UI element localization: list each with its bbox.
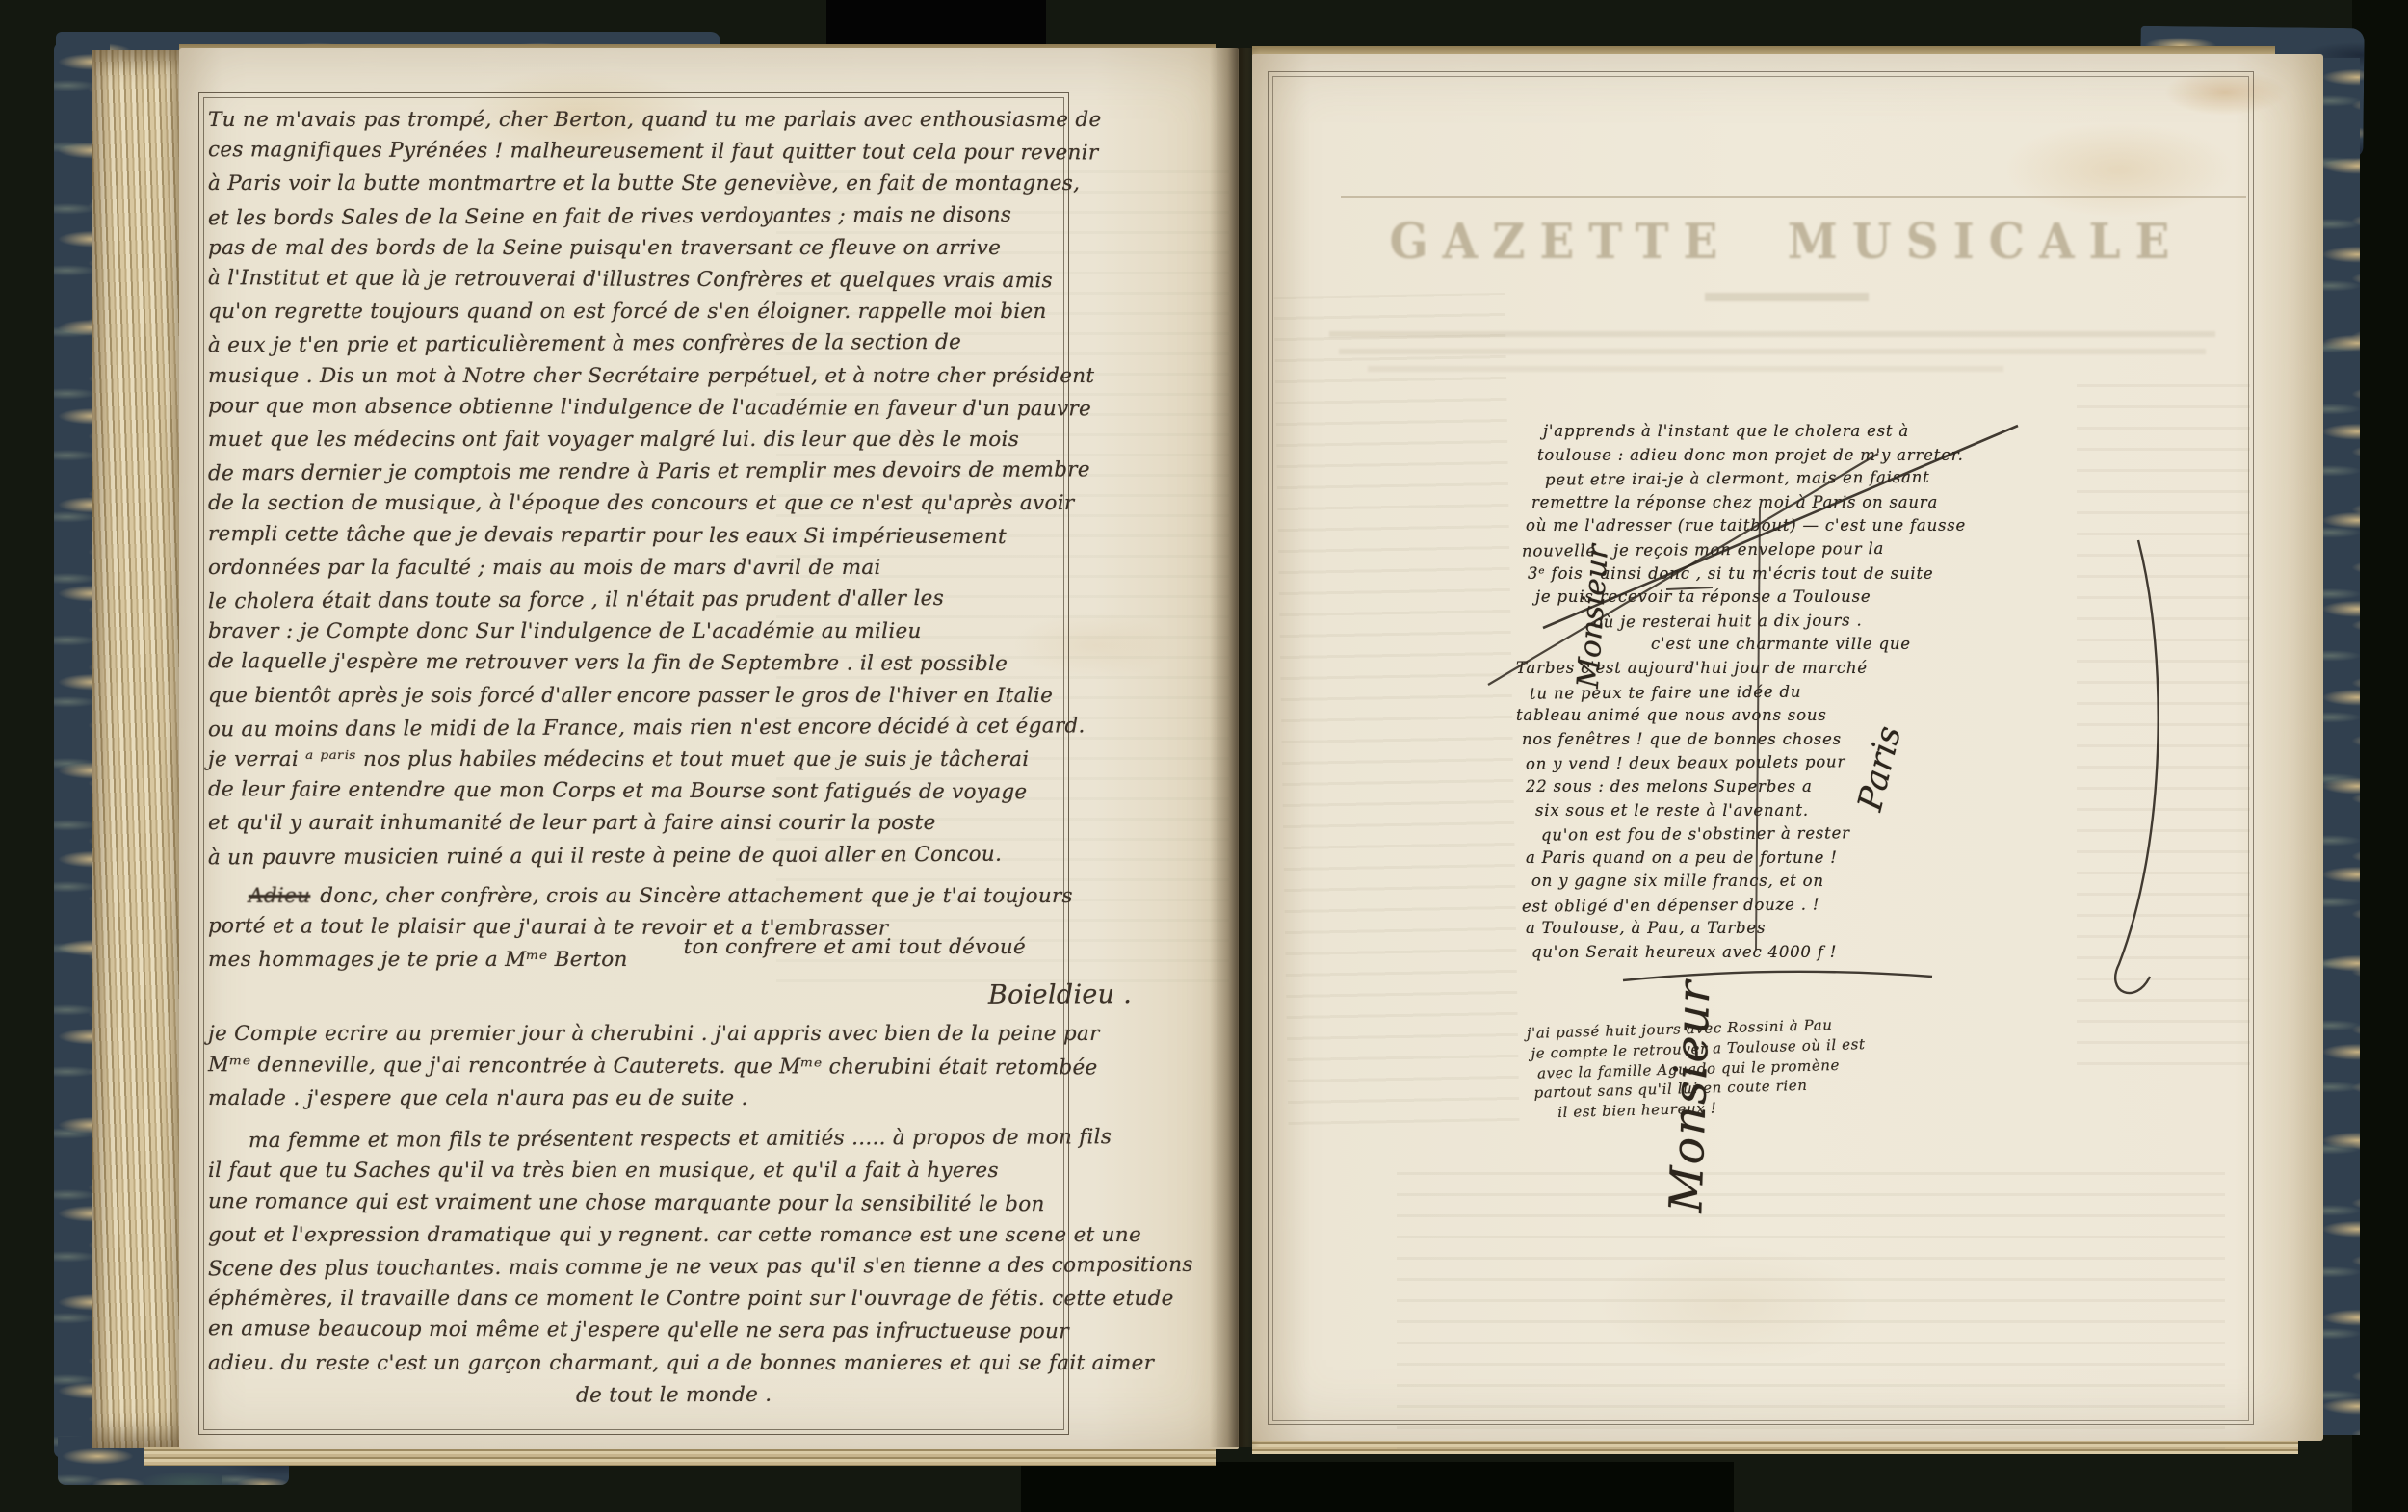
manuscript-line: ces magnifiques Pyrénées ! malheureuseme…: [208, 134, 1229, 169]
left-page-bottom-edge: [144, 1447, 1216, 1466]
manuscript-line: de mars dernier je comptois me rendre à …: [208, 454, 1229, 490]
manuscript-line: pour que mon absence obtienne l'indulgen…: [208, 390, 1229, 426]
manuscript-line: ou au moins dans le midi de la France, m…: [208, 710, 1229, 746]
manuscript-line: de tout le monde .: [208, 1376, 1229, 1413]
left-page-manuscript-text: Tu ne m'avais pas trompé, cher Berton, q…: [208, 104, 1229, 1411]
manuscript-line: muet que les médecins ont fait voyager m…: [208, 424, 1229, 456]
left-page: Tu ne m'avais pas trompé, cher Berton, q…: [179, 48, 1239, 1449]
manuscript-line: Boieldieu .: [208, 974, 1229, 1021]
manuscript-line: le cholera était dans toute sa force , i…: [208, 582, 1229, 618]
struck-word: Adieu: [249, 884, 310, 908]
line-left-part: mes hommages je te prie a Mᵐᵉ Berton: [208, 948, 628, 972]
manuscript-line: qu'on regrette toujours quand on est for…: [208, 296, 1229, 327]
manuscript-line: braver : je Compte donc Sur l'indulgence…: [208, 615, 1229, 647]
manuscript-line: il faut que tu Saches qu'il va très bien…: [208, 1155, 1229, 1186]
manuscript-line: éphémères, il travaille dans ce moment l…: [208, 1283, 1229, 1315]
manuscript-line: en amuse beaucoup moi même et j'espere q…: [208, 1313, 1229, 1348]
right-page: GAZETTE MUSICALE j'apprends à l'instant …: [1252, 54, 2323, 1441]
background-notch: [826, 0, 1046, 45]
manuscript-line: Adieudonc, cher confrère, crois au Sincè…: [208, 880, 1229, 912]
manuscript-line: musique . Dis un mot à Notre cher Secrét…: [208, 360, 1229, 392]
manuscript-line: rempli cette tâche que je devais reparti…: [208, 518, 1229, 554]
manuscript-line: mes hommages je te prie a Mᵐᵉ Bertonton …: [208, 944, 1229, 976]
manuscript-line: pas de mal des bords de la Seine puisqu'…: [208, 232, 1229, 264]
manuscript-line: gout et l'expression dramatique qui y re…: [208, 1219, 1229, 1251]
manuscript-line: à Paris voir la butte montmartre et la b…: [208, 168, 1229, 199]
manuscript-line: Tu ne m'avais pas trompé, cher Berton, q…: [208, 104, 1229, 136]
manuscript-line: de laquelle j'espère me retrouver vers l…: [208, 646, 1229, 682]
manuscript-line: de la section de musique, à l'époque des…: [208, 487, 1229, 519]
manuscript-line: à eux je t'en prie et particulièrement à…: [208, 326, 1229, 362]
manuscript-line: adieu. du reste c'est un garçon charmant…: [208, 1347, 1229, 1379]
manuscript-line: Mᵐᵉ denneville, que j'ai rencontrée à Ca…: [208, 1049, 1229, 1084]
book-photograph: Tu ne m'avais pas trompé, cher Berton, q…: [0, 0, 2408, 1512]
manuscript-line: ordonnées par la faculté ; mais au mois …: [208, 552, 1229, 584]
manuscript-line: Scene des plus touchantes. mais comme je…: [208, 1249, 1229, 1286]
marbled-cover-right-edge: [2317, 58, 2360, 1435]
left-fore-edge-pages: [92, 50, 183, 1448]
manuscript-line: de leur faire entendre que mon Corps et …: [208, 773, 1229, 809]
ink-strokes-overlay: [1252, 54, 2323, 1441]
manuscript-line: à un pauvre musicien ruiné a qui il rest…: [208, 837, 1229, 873]
manuscript-line: à l'Institut et que là je retrouverai d'…: [208, 262, 1229, 298]
line-right-part: ton confrere et ami tout dévoué: [684, 935, 1026, 959]
manuscript-line: et les bords Sales de la Seine en fait d…: [208, 197, 1229, 234]
manuscript-line: ma femme et mon fils te présentent respe…: [208, 1121, 1229, 1158]
manuscript-line: je Compte ecrire au premier jour à cheru…: [208, 1018, 1229, 1050]
book-bottom-shadow: [1021, 1462, 1734, 1512]
manuscript-line: que bientôt après je sois forcé d'aller …: [208, 680, 1229, 712]
manuscript-line: et qu'il y aurait inhumanité de leur par…: [208, 807, 1229, 839]
manuscript-line: une romance qui est vraiment une chose m…: [208, 1186, 1229, 1221]
background-dark-band: [2352, 0, 2408, 1512]
manuscript-line: malade . j'espere que cela n'aura pas eu…: [208, 1082, 1229, 1114]
manuscript-line: je verrai ᵃ ᵖᵃʳⁱˢ nos plus habiles médec…: [208, 743, 1229, 775]
